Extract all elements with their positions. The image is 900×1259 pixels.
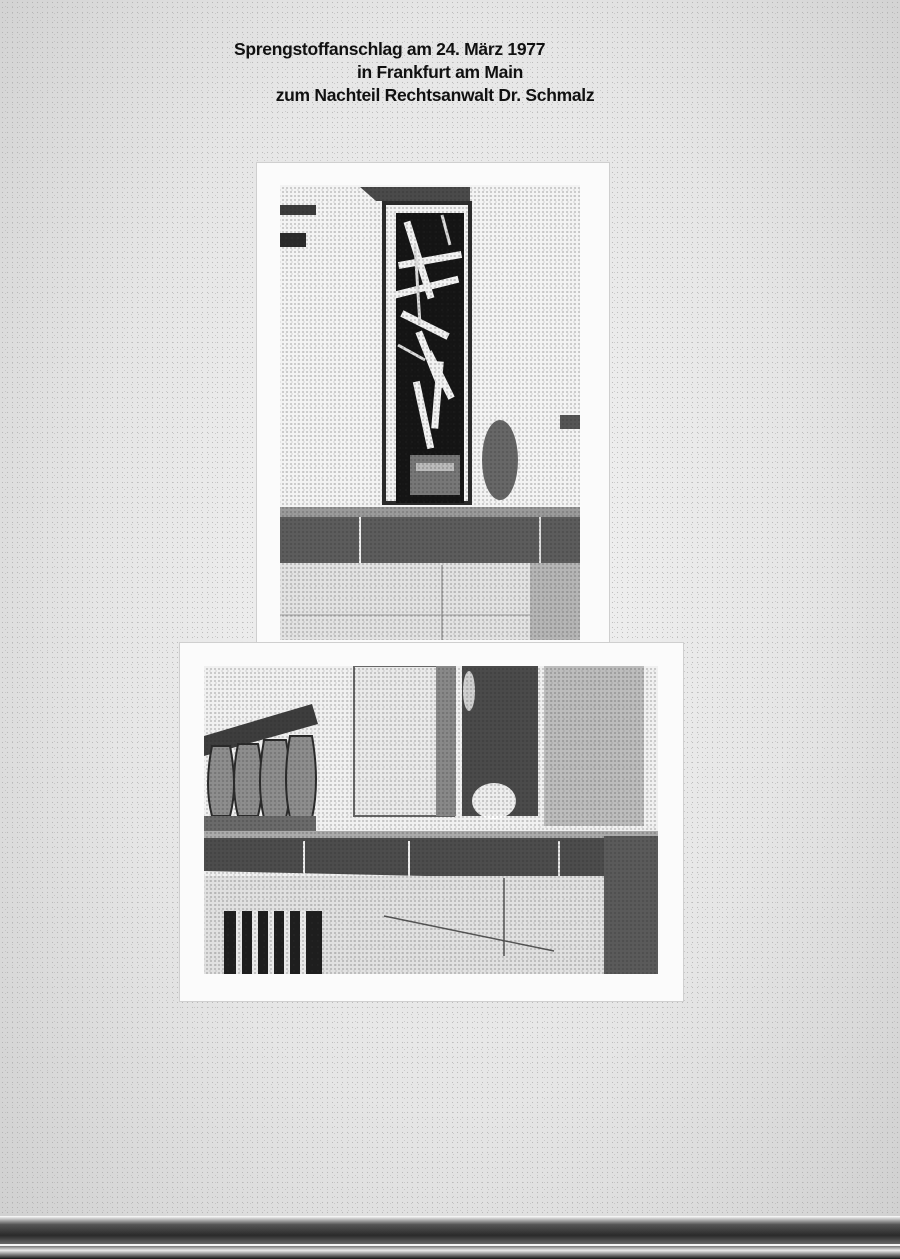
scan-edge-shadow [0, 1216, 900, 1259]
scanned-page: Sprengstoffanschlag am 24. März 1977 in … [0, 0, 900, 1259]
document-title: Sprengstoffanschlag am 24. März 1977 in … [220, 38, 650, 107]
photo-balustrade-sill [204, 666, 658, 974]
photo-grain [280, 185, 580, 640]
photo-grain [204, 666, 658, 974]
title-line-3: zum Nachteil Rechtsanwalt Dr. Schmalz [220, 84, 650, 107]
scan-edge-line [0, 1244, 900, 1246]
title-line-2: in Frankfurt am Main [220, 61, 650, 84]
photo-damaged-window [280, 185, 580, 640]
title-line-1: Sprengstoffanschlag am 24. März 1977 [220, 38, 650, 61]
